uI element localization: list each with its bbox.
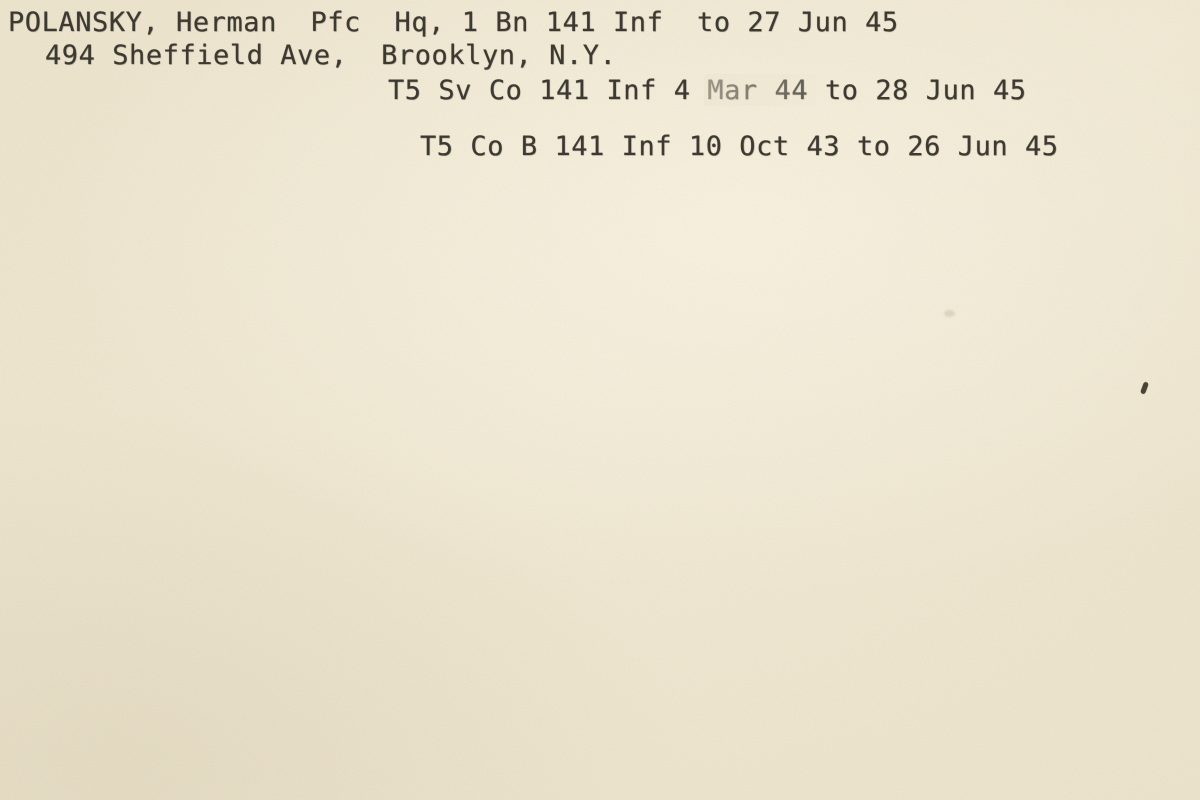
typed-line-address: 494 Sheffield Ave, Brooklyn, N.Y. [45, 40, 616, 72]
typed-line-service-entry-2: T5 Co B 141 Inf 10 Oct 43 to 26 Jun 45 [420, 131, 1059, 163]
typed-line-name-rank-unit: POLANSKY, Herman Pfc Hq, 1 Bn 141 Inf to… [8, 7, 899, 39]
paper-grain-texture [0, 0, 1200, 800]
index-card-scan: POLANSKY, Herman Pfc Hq, 1 Bn 141 Inf to… [0, 0, 1200, 800]
paper-smudge [944, 310, 955, 317]
ink-speck [1140, 382, 1149, 395]
typed-line-service-entry-1: T5 Sv Co 141 Inf 4 Mar 44 to 28 Jun 45 [388, 75, 1027, 107]
